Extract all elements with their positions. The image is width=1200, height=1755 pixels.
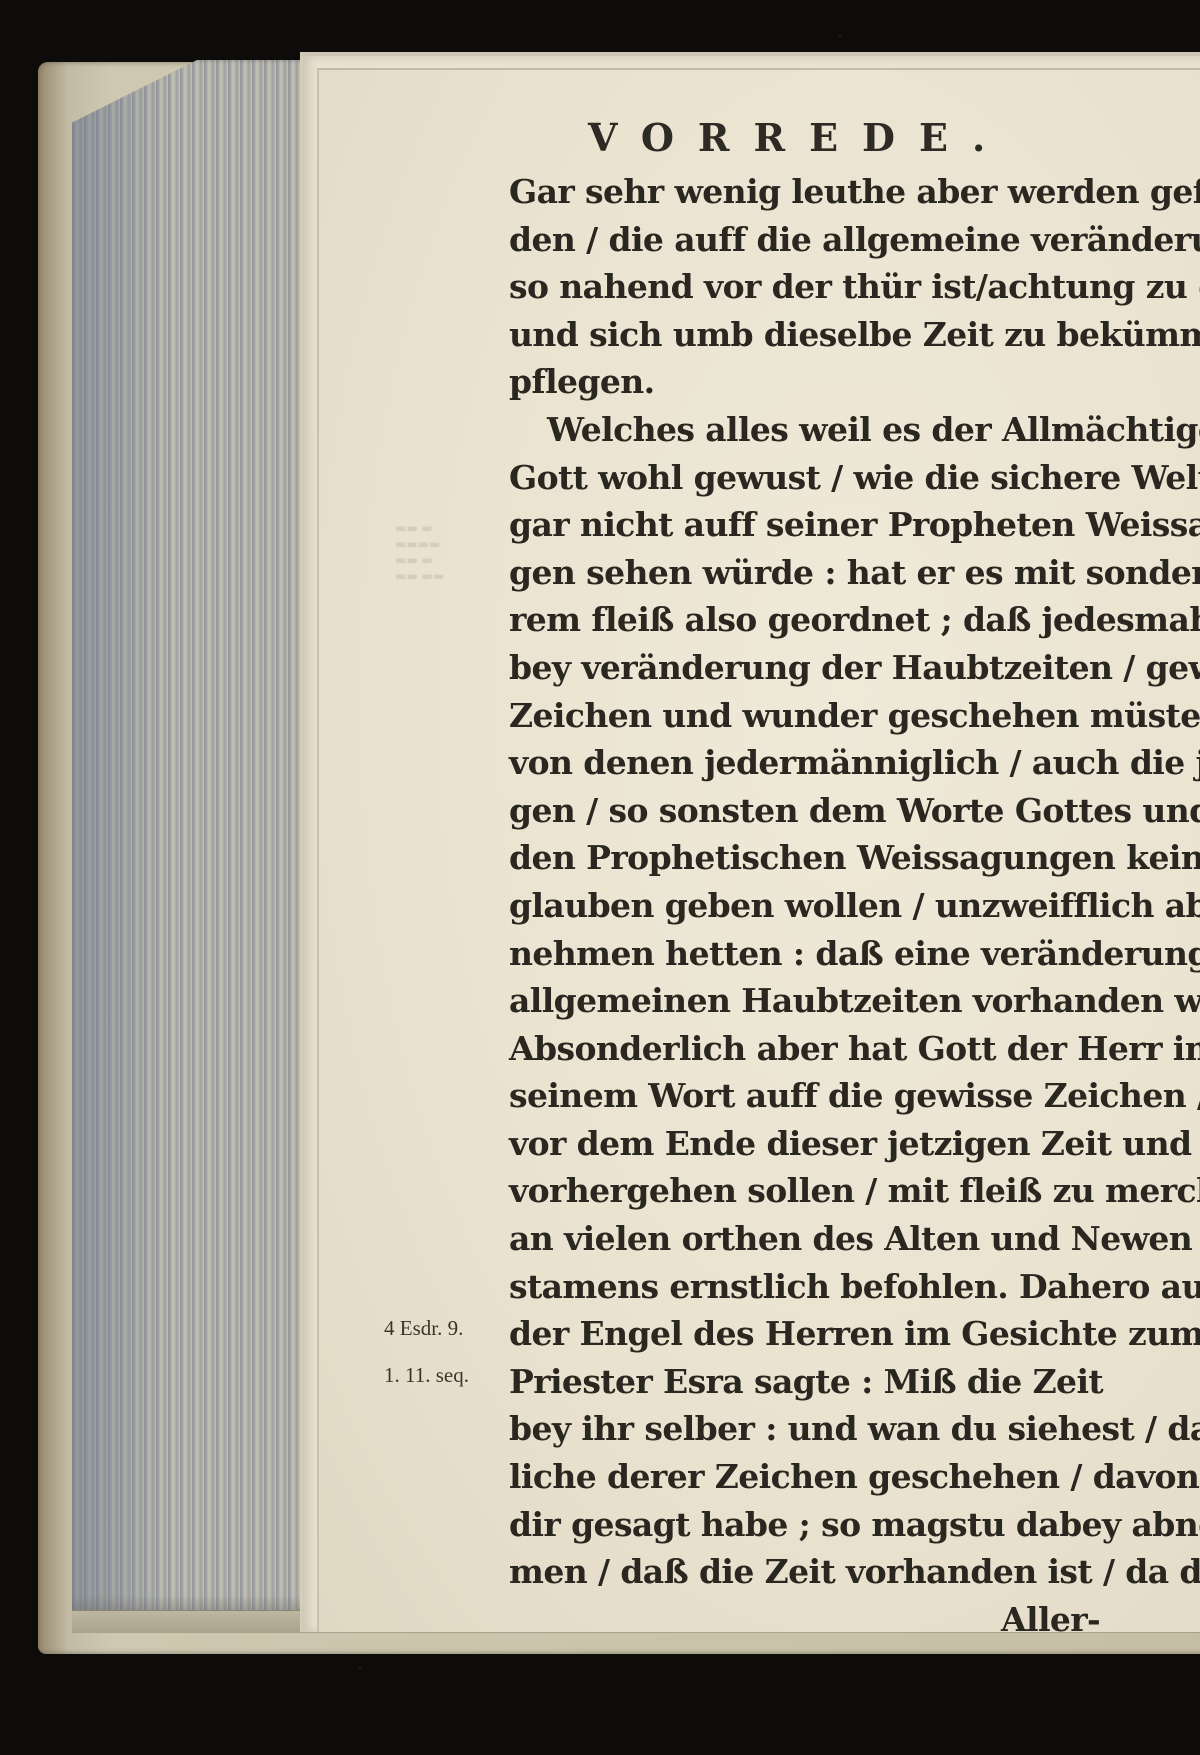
marginal-reference-line: 1. 11. seq. xyxy=(384,1352,469,1399)
text-line: an vielen orthen des Alten und Newen Te- xyxy=(509,1215,1200,1263)
text-line: rem fleiß also geordnet ; daß jedesmahl … xyxy=(509,596,1200,644)
marginal-reference-line: 4 Esdr. 9. xyxy=(384,1305,469,1352)
text-line: pflegen. xyxy=(509,358,1200,406)
text-line: bey veränderung der Haubtzeiten / gewiss… xyxy=(509,644,1200,692)
paragraph-start-line: Welches alles weil es der Allmächtige xyxy=(509,406,1200,454)
text-line: nehmen hetten : daß eine veränderung der xyxy=(509,930,1200,978)
text-line: gen / so sonsten dem Worte Gottes und xyxy=(509,787,1200,835)
text-line: dir gesagt habe ; so magstu dabey abneh- xyxy=(509,1501,1200,1549)
text-line: so nahend vor der thür ist/achtung zu ge… xyxy=(509,263,1200,311)
catchword: Aller- xyxy=(509,1596,1200,1644)
running-header-title: VORREDE. xyxy=(588,115,1009,160)
page-fore-edge-stack xyxy=(72,60,322,1625)
text-line: seinem Wort auff die gewisse Zeichen / s… xyxy=(509,1072,1200,1120)
text-line: men / daß die Zeit vorhanden ist / da de… xyxy=(509,1548,1200,1596)
body-text-block: Gar sehr wenig leuthe aber werden gefun-… xyxy=(509,168,1200,1643)
text-line: gar nicht auff seiner Propheten Weissagu… xyxy=(509,501,1200,549)
text-line: stamens ernstlich befohlen. Dahero auch xyxy=(509,1263,1200,1311)
text-line: von denen jedermänniglich / auch die jen… xyxy=(509,739,1200,787)
text-line: vorhergehen sollen / mit fleiß zu mercke… xyxy=(509,1167,1200,1215)
text-line: Gar sehr wenig leuthe aber werden gefun- xyxy=(509,168,1200,216)
text-line: bey ihr selber : und wan du siehest / da… xyxy=(509,1405,1200,1453)
text-line: gen sehen würde : hat er es mit sonderba… xyxy=(509,549,1200,597)
text-line: den Prophetischen Weissagungen keinen xyxy=(509,834,1200,882)
text-line: Gott wohl gewust / wie die sichere Welt … xyxy=(509,454,1200,502)
text-line: Priester Esra sagte : Miß die Zeit xyxy=(509,1358,1200,1406)
text-line: Zeichen und wunder geschehen müsten : xyxy=(509,692,1200,740)
text-line: vor dem Ende dieser jetzigen Zeit und We… xyxy=(509,1120,1200,1168)
text-line: und sich umb dieselbe Zeit zu bekümmern xyxy=(509,311,1200,359)
text-line: allgemeinen Haubtzeiten vorhanden wäre. xyxy=(509,977,1200,1025)
text-line: Absonderlich aber hat Gott der Herr in xyxy=(509,1025,1200,1073)
text-line: liche derer Zeichen geschehen / davon ic… xyxy=(509,1453,1200,1501)
text-line: den / die auff die allgemeine veränderun… xyxy=(509,216,1200,264)
marginal-reference-note: 4 Esdr. 9. 1. 11. seq. xyxy=(384,1305,469,1399)
text-line: der Engel des Herren im Gesichte zum xyxy=(509,1310,1200,1358)
text-line: glauben geben wollen / unzweifflich abzu… xyxy=(509,882,1200,930)
bleed-through-ghost-text: ▬▬ ▬ ▬▬▬▬ ▬▬ ▬ ▬▬ ▬▬ xyxy=(395,520,475,584)
